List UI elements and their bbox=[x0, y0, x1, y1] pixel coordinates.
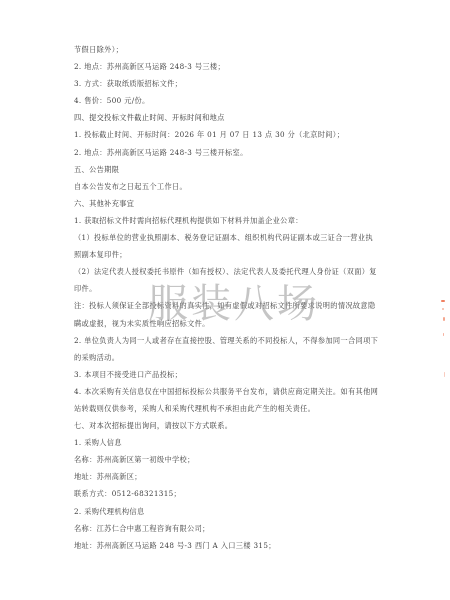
text-line-purchaser-name: 名称：苏州高新区第一初级中学校； bbox=[74, 451, 384, 468]
section-heading-submission: 四、提交投标文件截止时间、开标时间和地点 bbox=[74, 109, 384, 126]
text-line-opening-location: 2. 地点：苏州高新区马运路 248-3 号三楼开标室。 bbox=[74, 144, 384, 161]
seal-edge-mark bbox=[443, 333, 444, 336]
text-line-materials-2b: 印件。 bbox=[74, 280, 384, 297]
seal-edge-mark bbox=[441, 300, 445, 302]
text-line-rule-4a: 4. 本次采购有关信息仅在中国招标投标公共服务平台发布，请供应商定期关注。如有其… bbox=[74, 383, 384, 400]
text-line-rule-4b: 站转载则仅供参考，采购人和采购代理机构不承担由此产生的相关责任。 bbox=[74, 400, 384, 417]
text-line-notice-period: 自本公告发布之日起五个工作日。 bbox=[74, 178, 384, 195]
text-line-materials-1b: 照副本复印件； bbox=[74, 246, 384, 263]
text-line-note-a: 注：投标人须保证全部投标资料的真实性，如有虚假或对招标文件所要求说明的情况故意隐 bbox=[74, 297, 384, 314]
text-line-purchaser-phone: 联系方式：0512-68321315； bbox=[74, 485, 384, 502]
text-line-agency-name: 名称：江苏仁合中惠工程咨询有限公司； bbox=[74, 520, 384, 537]
text-line-deadline: 1. 投标截止时间、开标时间：2026 年 01 月 07 日 13 点 30 … bbox=[74, 126, 384, 143]
text-line-materials-1a: （1）投标单位的营业执照副本、税务登记证副本、组织机构代码证副本或三证合一营业执 bbox=[74, 229, 384, 246]
text-line-agency-address: 地址：苏州高新区马运路 248 号-3 西门 A 入口三楼 315； bbox=[74, 537, 384, 554]
text-line-agency-heading: 2. 采购代理机构信息 bbox=[74, 503, 384, 520]
section-heading-contact: 七、对本次招标提出询问，请按以下方式联系。 bbox=[74, 417, 384, 434]
text-line-materials-2a: （2）法定代表人授权委托书原件（如有授权）、法定代表人及委托代理人身份证（双面）… bbox=[74, 263, 384, 280]
seal-edge-mark bbox=[442, 308, 444, 310]
seal-edge-mark bbox=[444, 372, 445, 377]
text-line-location: 2. 地点：苏州高新区马运路 248-3 号三楼； bbox=[74, 58, 384, 75]
text-line-method: 3. 方式：获取纸质版招标文件； bbox=[74, 75, 384, 92]
text-line-purchaser-heading: 1. 采购人信息 bbox=[74, 434, 384, 451]
seal-edge-mark bbox=[443, 317, 445, 321]
text-line-rule-2b: 的采购活动。 bbox=[74, 349, 384, 366]
text-line-rule-3: 3. 本项目不接受进口产品投标； bbox=[74, 366, 384, 383]
text-line-note-b: 瞒或虚报，视为未实质性响应招标文件。 bbox=[74, 315, 384, 332]
section-heading-notice-period: 五、公告期限 bbox=[74, 161, 384, 178]
text-line-purchaser-address: 地址：苏州高新区； bbox=[74, 468, 384, 485]
text-line-materials: 1. 获取招标文件时需向招标代理机构提供如下材料并加盖企业公章： bbox=[74, 212, 384, 229]
text-line-price: 4. 售价：500 元/份。 bbox=[74, 92, 384, 109]
document-page: 节假日除外）； 2. 地点：苏州高新区马运路 248-3 号三楼； 3. 方式：… bbox=[0, 0, 450, 600]
text-line-rule-2a: 2. 单位负责人为同一人或者存在直接控股、管理关系的不同投标人，不得参加同一合同… bbox=[74, 332, 384, 349]
text-line-holiday-note: 节假日除外）； bbox=[74, 41, 384, 58]
section-heading-other-matters: 六、其他补充事宜 bbox=[74, 195, 384, 212]
document-body: 节假日除外）； 2. 地点：苏州高新区马运路 248-3 号三楼； 3. 方式：… bbox=[74, 41, 384, 554]
